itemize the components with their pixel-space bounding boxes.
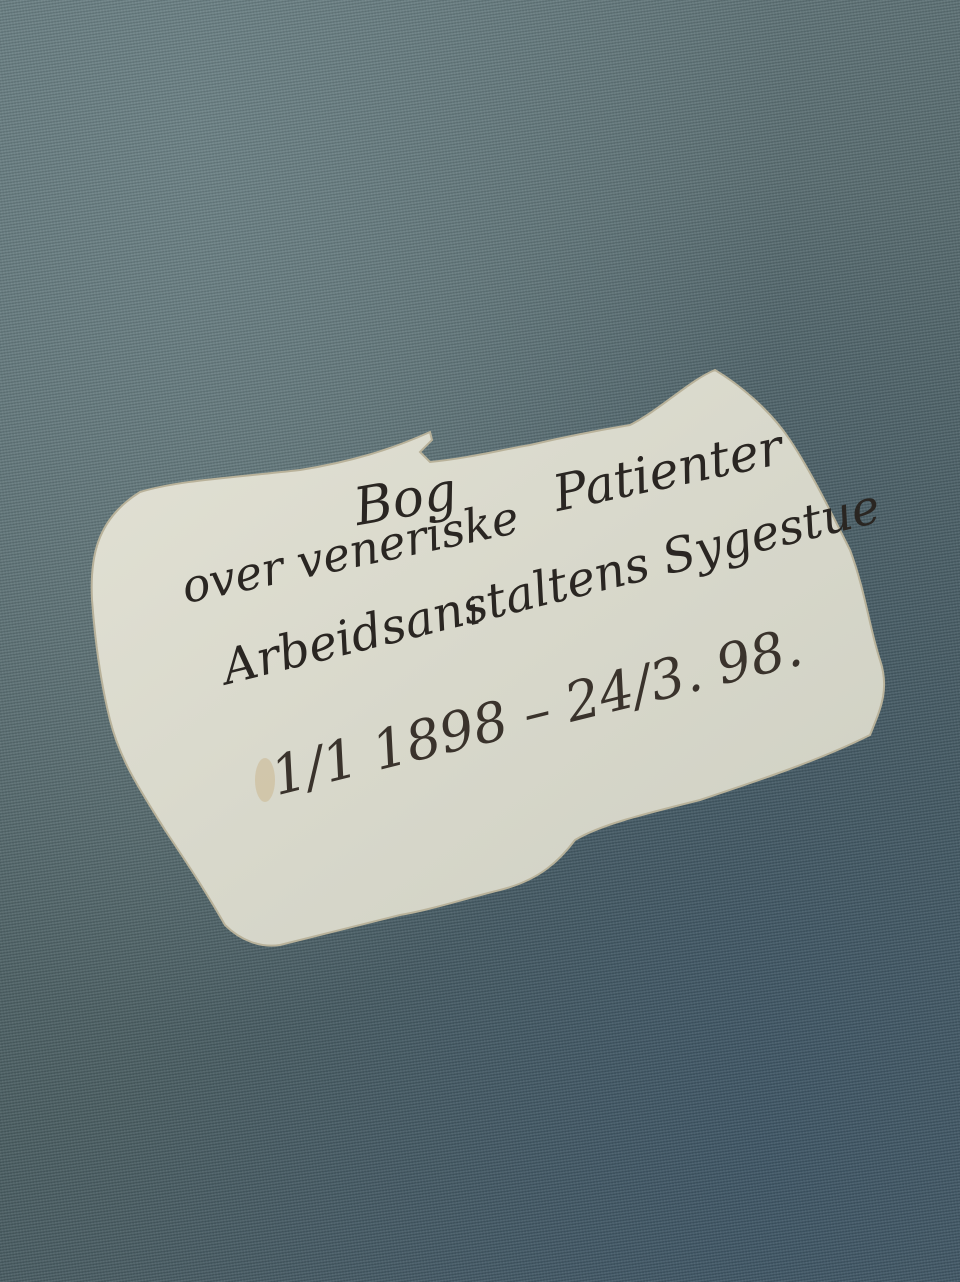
paper-label-shape xyxy=(0,0,960,1282)
paper-label: Bog over veneriske Patienter i Arbeidsan… xyxy=(0,0,960,1282)
